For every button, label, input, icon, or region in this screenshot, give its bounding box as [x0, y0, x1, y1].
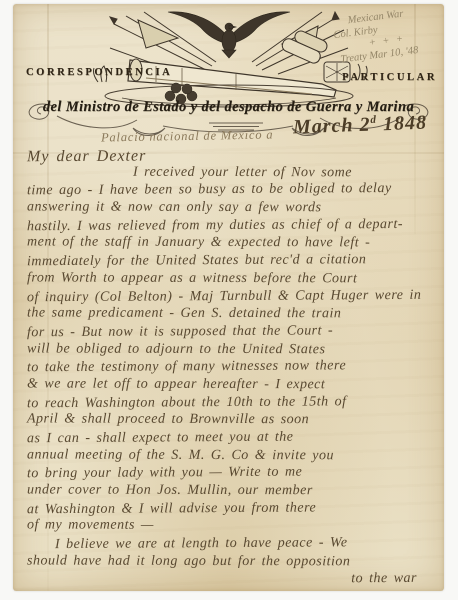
letter-line: to bring your lady with you — Write to m… [27, 464, 439, 484]
letter-line: of inquiry (Col Belton) - Maj Turnbull &… [27, 287, 439, 307]
letter-line: I received your letter of Nov some [27, 164, 439, 183]
date-ordinal: d [370, 114, 377, 126]
letter-line: to take the testimony of many witnesses … [27, 358, 439, 378]
date-day: March 2 [293, 114, 371, 139]
scan-background: CORRESPONDENCIA PARTICULAR del Ministro … [0, 0, 458, 600]
letter-line: the same predicament - Gen S. detained t… [27, 306, 439, 325]
salutation-line: My dear Dexter [27, 146, 439, 166]
letter-line: & we are let off to appear hereafter - I… [27, 376, 439, 395]
letter-line: will be obliged to adjourn to the United… [27, 341, 439, 360]
handwritten-date: March 2d 1848 [293, 112, 428, 140]
letter-line: answering it & now can only say a few wo… [27, 200, 439, 219]
letter-body: My dear DexterI received your letter of … [27, 147, 439, 589]
letter-line: for us - But now it is supposed that the… [27, 323, 439, 343]
letter-line: to the war [27, 570, 439, 590]
letter-line: from Worth to appear as a witness before… [27, 270, 439, 289]
letter-paper: CORRESPONDENCIA PARTICULAR del Ministro … [13, 4, 444, 591]
letter-line: of my movements — [27, 518, 439, 537]
letter-line: as I can - shall expect to meet you at t… [27, 429, 439, 449]
letter-line: April & shall proceed to Brownville as s… [27, 412, 439, 431]
letter-line: annual meeting of the S. M. G. Co & invi… [27, 447, 439, 466]
date-year: 1848 [383, 112, 428, 136]
letter-line: to reach Washington about the 10th to th… [27, 393, 439, 413]
letter-line: immediately for the United States but re… [27, 252, 439, 272]
letter-line: should have had it long ago but for the … [27, 553, 439, 572]
letter-line: I believe we are at length to have peace… [27, 535, 439, 555]
letter-line: under cover to Hon Jos. Mullin, our memb… [27, 483, 439, 502]
letterhead-left-title: CORRESPONDENCIA [26, 67, 172, 78]
letter-line: time ago - I have been so busy as to be … [27, 181, 439, 201]
letterhead-right-title: PARTICULAR [342, 72, 437, 83]
letterhead-place-line: Palacio nacional de Mexico a [101, 127, 274, 145]
letter-line: ment of the staff in January & expected … [27, 235, 439, 254]
